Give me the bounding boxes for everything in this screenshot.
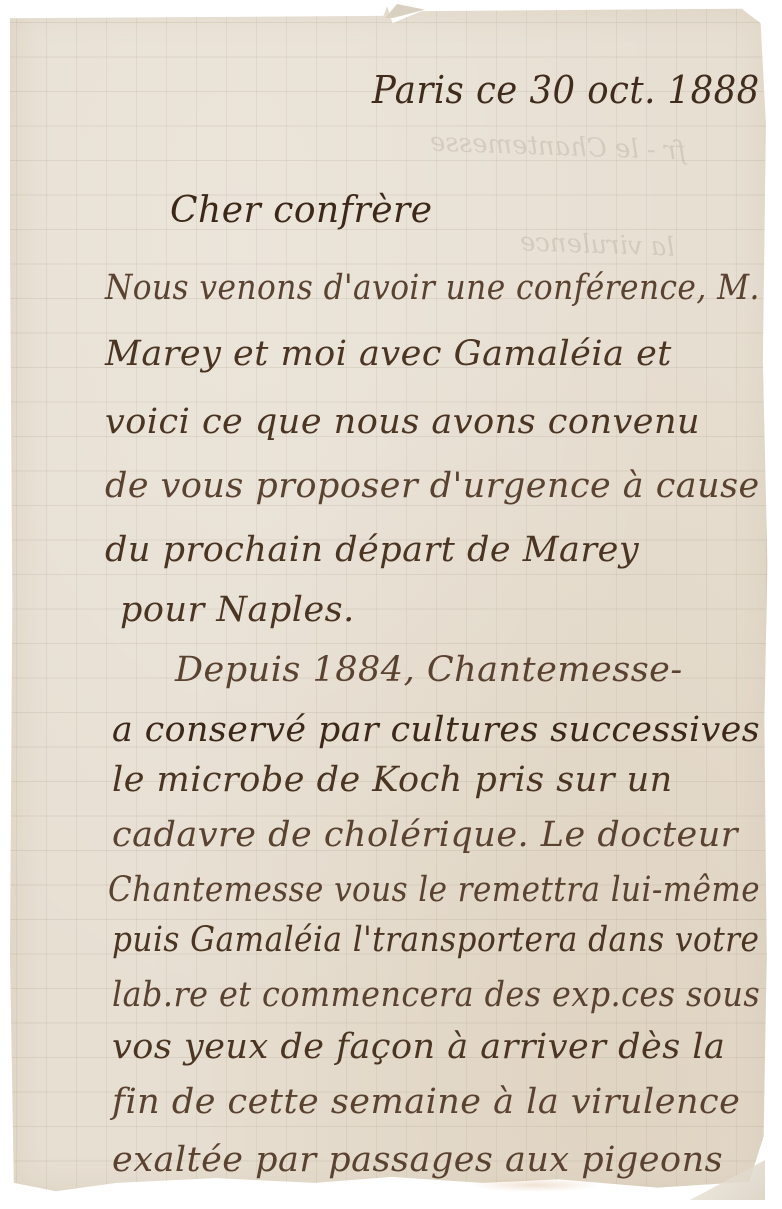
- letter-line: Depuis 1884, Chantemesse-: [175, 650, 683, 690]
- letter-line: puis Gamaléia l'transportera dans votre: [112, 920, 759, 960]
- foxing-stain: [470, 1178, 600, 1192]
- letter-line: fin de cette semaine à la virulence: [112, 1082, 740, 1122]
- scan-canvas: fr - le Chantemesse la virulence Paris c…: [0, 0, 782, 1209]
- letter-line: le microbe de Koch pris sur un: [112, 760, 673, 800]
- letter-line: lab.re et commencera des exp.ces sous: [112, 975, 760, 1015]
- letter-line: du prochain départ de Marey: [105, 530, 639, 570]
- letter-line: Marey et moi avec Gamaléia et: [105, 334, 672, 374]
- letter-line: a conservé par cultures successives: [112, 710, 760, 750]
- letter-line: cadavre de cholérique. Le docteur: [112, 815, 738, 855]
- letter-line: exaltée par passages aux pigeons: [112, 1140, 723, 1180]
- dateline: Paris ce 30 oct. 1888: [372, 68, 760, 112]
- letter-line: voici ce que nous avons convenu: [105, 402, 700, 442]
- letter-line: pour Naples.: [120, 590, 355, 630]
- letter-line: vos yeux de façon à arriver dès la: [112, 1027, 725, 1067]
- greeting: Cher confrère: [170, 190, 433, 231]
- letter-line: Chantemesse vous le remettra lui-même: [108, 870, 760, 910]
- bleed-through-text: la virulence: [520, 227, 676, 262]
- letter-line: de vous proposer d'urgence à cause: [105, 466, 760, 506]
- letter-line: Nous venons d'avoir une conférence, M.: [105, 268, 760, 308]
